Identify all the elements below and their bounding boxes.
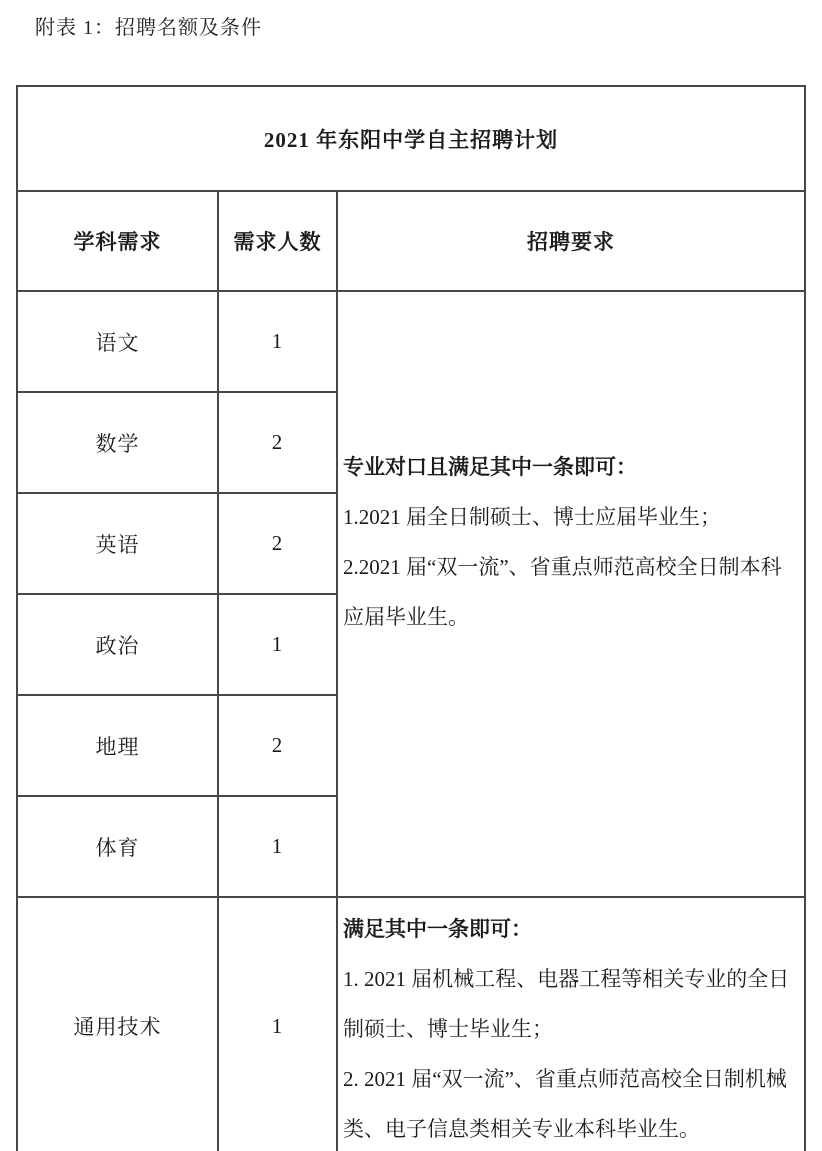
general-technology-requirement-cell: 满足其中一条即可： 1. 2021 届机械工程、电器工程等相关专业的全日制硕士、… — [337, 897, 805, 1151]
count-politics: 1 — [218, 594, 337, 695]
header-count: 需求人数 — [218, 191, 337, 291]
count-math: 2 — [218, 392, 337, 493]
count-english: 2 — [218, 493, 337, 594]
subject-chinese: 语文 — [17, 291, 218, 392]
document-page: 附表 1：招聘名额及条件 2021 年东阳中学自主招聘计划 学科需求 需求人数 … — [0, 0, 822, 1151]
table-header-row: 学科需求 需求人数 招聘要求 — [17, 191, 805, 291]
general-technology-requirement-heading: 满足其中一条即可： — [343, 904, 802, 954]
subject-pe: 体育 — [17, 796, 218, 897]
header-subject: 学科需求 — [17, 191, 218, 291]
count-geography: 2 — [218, 695, 337, 796]
subject-english: 英语 — [17, 493, 218, 594]
subject-politics: 政治 — [17, 594, 218, 695]
subject-math: 数学 — [17, 392, 218, 493]
count-general-technology: 1 — [218, 897, 337, 1151]
count-pe: 1 — [218, 796, 337, 897]
table-row-general-technology: 通用技术 1 满足其中一条即可： 1. 2021 届机械工程、电器工程等相关专业… — [17, 897, 805, 1151]
subject-general-technology: 通用技术 — [17, 897, 218, 1151]
shared-requirement-item-1: 1.2021 届全日制硕士、博士应届毕业生； — [343, 492, 802, 542]
recruitment-table: 2021 年东阳中学自主招聘计划 学科需求 需求人数 招聘要求 语文 1 专业对… — [16, 85, 806, 1151]
table-title-row: 2021 年东阳中学自主招聘计划 — [17, 86, 805, 191]
count-chinese: 1 — [218, 291, 337, 392]
shared-requirement-item-2: 2.2021 届“双一流”、省重点师范高校全日制本科应届毕业生。 — [343, 542, 802, 642]
table-row: 语文 1 专业对口且满足其中一条即可： 1.2021 届全日制硕士、博士应届毕业… — [17, 291, 805, 392]
table-caption: 附表 1：招聘名额及条件 — [35, 11, 262, 40]
general-technology-requirement-item-2: 2. 2021 届“双一流”、省重点师范高校全日制机械类、电子信息类相关专业本科… — [343, 1054, 802, 1151]
subject-geography: 地理 — [17, 695, 218, 796]
general-technology-requirement-item-1: 1. 2021 届机械工程、电器工程等相关专业的全日制硕士、博士毕业生； — [343, 954, 802, 1054]
shared-requirement-heading: 专业对口且满足其中一条即可： — [343, 442, 802, 492]
header-requirement: 招聘要求 — [337, 191, 805, 291]
shared-requirement-cell: 专业对口且满足其中一条即可： 1.2021 届全日制硕士、博士应届毕业生； 2.… — [337, 291, 805, 897]
table-title: 2021 年东阳中学自主招聘计划 — [17, 86, 805, 191]
